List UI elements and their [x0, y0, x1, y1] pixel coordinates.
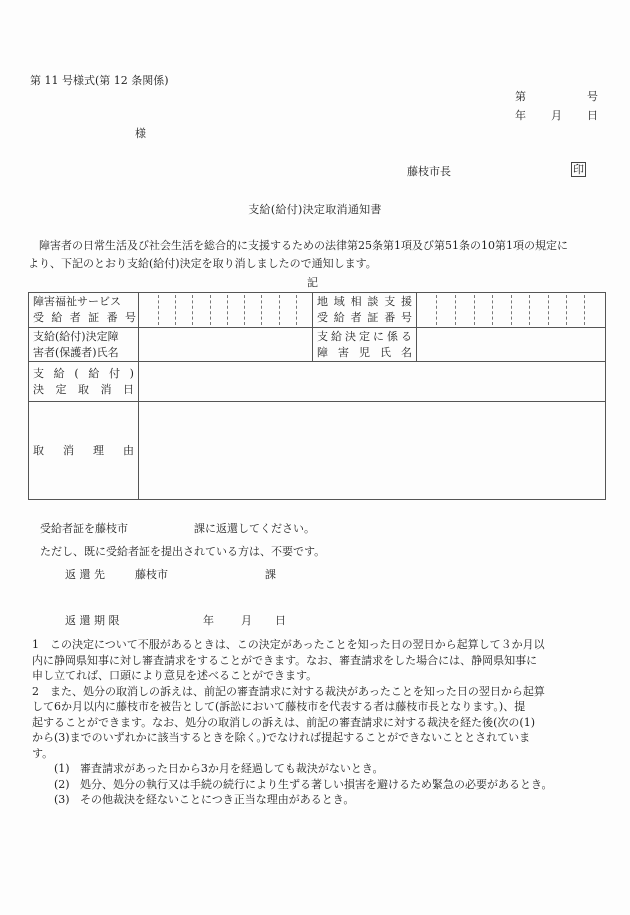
digit-divider — [529, 295, 530, 325]
recipient-name-field[interactable] — [139, 328, 313, 362]
char: 支 — [384, 294, 395, 310]
return-exemption: ただし、既に受給者証を提出されている方は、不要です。 — [40, 543, 325, 559]
date-year: 年 — [515, 107, 526, 123]
note-line: 1 この決定について不服があるときは、この決定があったことを知った日の翌日から起… — [44, 637, 612, 653]
table-row: 取消理由 — [29, 402, 606, 500]
char: ) — [130, 366, 134, 382]
char: 給 — [51, 310, 62, 326]
cancellation-reason-field[interactable] — [139, 402, 606, 500]
seal-mark: 印 — [571, 162, 586, 177]
number-suffix: 号 — [587, 88, 598, 104]
note-2: 2 また、処分の取消しの訴えは、前記の審査請求に対する裁決があったことを知った日… — [32, 684, 612, 762]
note-line: 2 また、処分の取消しの訴えは、前記の審査請求に対する裁決があったことを知った日… — [44, 684, 612, 700]
char: 給 — [331, 329, 342, 345]
note-sub-1: (1)審査請求があった日から3か月を経過しても裁決がないとき。 — [32, 761, 612, 777]
table-row: 障害福祉サービス 受給者証番号 地域相談支援 受給者証番号 — [29, 293, 606, 328]
char: 域 — [334, 294, 345, 310]
digit-divider — [584, 295, 585, 325]
digit-divider — [566, 295, 567, 325]
char: ( — [74, 366, 78, 382]
return-deadline-day: 日 — [275, 612, 286, 628]
char: 番 — [107, 310, 118, 326]
digit-divider — [436, 295, 437, 325]
char: 受 — [33, 310, 44, 326]
welfare-service-id-field[interactable] — [139, 293, 313, 328]
label-recipient-name: 支給(給付)決定障 害者(保護者)氏名 — [29, 328, 139, 362]
char: 定 — [359, 329, 370, 345]
label-line: 受給者証番号 — [33, 310, 138, 326]
community-support-id-field[interactable] — [417, 293, 606, 328]
char: 給 — [54, 366, 65, 382]
char: 由 — [123, 443, 134, 459]
digit-divider — [474, 295, 475, 325]
char: る — [401, 329, 412, 345]
char: 消 — [63, 443, 74, 459]
label-child-name: 支給決定に係る 障害児氏名 — [313, 328, 417, 362]
char: 定 — [56, 382, 67, 398]
table-row: 支給(給付)決定障 害者(保護者)氏名 支給決定に係る 障害児氏名 — [29, 328, 606, 362]
label-line: 取消理由 — [29, 443, 138, 459]
note-line: 内に静岡県知事に対し審査請求をすることができます。なお、審査請求をした場合には、… — [44, 653, 612, 669]
digit-divider — [158, 295, 159, 325]
label-line: 支給決定に係る — [313, 329, 416, 345]
char: 受 — [317, 310, 328, 326]
sub-text: 処分、処分の執行又は手続の続行により生ずる著しい損害を避けるため緊急の必要がある… — [80, 778, 553, 791]
decision-table: 障害福祉サービス 受給者証番号 地域相談支援 受給者証番号 — [28, 292, 606, 500]
label-line: 決定取消日 — [29, 382, 138, 398]
label-welfare-service-id: 障害福祉サービス 受給者証番号 — [29, 293, 139, 328]
char: 取 — [33, 443, 44, 459]
label-line: 地域相談支援 — [313, 294, 416, 310]
char: 取 — [78, 382, 89, 398]
label-line: 支給(給付)決定障 — [33, 329, 138, 345]
sub-number: (3) — [54, 792, 80, 808]
note-1: 1 この決定について不服があるときは、この決定があったことを知った日の翌日から起… — [32, 637, 612, 684]
char: 児 — [359, 345, 370, 361]
digit-divider — [210, 295, 211, 325]
label-line: 障害福祉サービス — [33, 294, 138, 310]
return-instruction-b: 課に返還してください。 — [194, 520, 315, 536]
return-deadline-label: 返 還 期 限 — [65, 612, 120, 628]
char: 消 — [101, 382, 112, 398]
label-line: 害者(保護者)氏名 — [33, 345, 138, 361]
ki-label: 記 — [307, 274, 318, 290]
return-destination-city: 藤枝市 — [135, 566, 168, 582]
intro-line-1: 障害者の日常生活及び社会生活を総合的に支援するための法律第25条第1項及び第51… — [39, 238, 619, 254]
note-line: 申し立てれば、口頭により意見を述べることができます。 — [44, 668, 612, 684]
note-line: 起することができます。なお、処分の取消しの訴えは、前記の審査請求に対する裁決を経… — [44, 715, 612, 731]
sub-number: (1) — [54, 761, 80, 777]
char: 理 — [93, 443, 104, 459]
document-title: 支給(給付)決定取消通知書 — [0, 201, 630, 217]
char: 名 — [401, 345, 412, 361]
return-deadline-year: 年 — [203, 612, 214, 628]
char: 付 — [109, 366, 120, 382]
form-id: 第 11 号様式(第 12 条関係) — [30, 72, 169, 88]
number-prefix: 第 — [515, 88, 526, 104]
char: 相 — [351, 294, 362, 310]
child-name-field[interactable] — [417, 328, 606, 362]
char: 決 — [345, 329, 356, 345]
digit-divider — [244, 295, 245, 325]
char: 害 — [338, 345, 349, 361]
label-line: 障害児氏名 — [313, 345, 416, 361]
note-line: から(3)までのいずれかに該当するときを除く。)でなければ提起することができない… — [44, 730, 612, 746]
char: 証 — [367, 310, 378, 326]
intro-line-2: より、下記のとおり支給(給付)決定を取り消しましたので通知します。 — [28, 256, 608, 272]
label-cancellation-date: 支給(給付) 決定取消日 — [29, 362, 139, 402]
char: 障 — [317, 345, 328, 361]
sub-text: その他裁決を経ないことにつき正当な理由があるとき。 — [80, 793, 354, 806]
label-cancellation-reason: 取消理由 — [29, 402, 139, 500]
char: 給 — [334, 310, 345, 326]
char: 者 — [70, 310, 81, 326]
char: 証 — [88, 310, 99, 326]
char: 者 — [351, 310, 362, 326]
note-sub-3: (3)その他裁決を経ないことにつき正当な理由があるとき。 — [32, 792, 612, 808]
note-line: す。 — [44, 746, 612, 762]
digit-divider — [261, 295, 262, 325]
digit-divider — [548, 295, 549, 325]
return-instruction-a: 受給者証を藤枝市 — [40, 520, 128, 536]
char: 支 — [33, 366, 44, 382]
label-line: 支給(給付) — [29, 366, 138, 382]
char: 談 — [367, 294, 378, 310]
note-sub-2: (2)処分、処分の執行又は手続の続行により生ずる著しい損害を避けるため緊急の必要… — [32, 777, 612, 793]
digit-divider — [192, 295, 193, 325]
return-destination-label: 返 還 先 — [65, 566, 105, 582]
digit-divider — [455, 295, 456, 325]
date-day: 日 — [587, 107, 598, 123]
table-row: 支給(給付) 決定取消日 — [29, 362, 606, 402]
char: 給 — [88, 366, 99, 382]
char: 氏 — [380, 345, 391, 361]
digit-divider — [175, 295, 176, 325]
char: 支 — [317, 329, 328, 345]
sub-text: 審査請求があった日から3か月を経過しても裁決がないとき。 — [80, 762, 383, 775]
char: 決 — [33, 382, 44, 398]
cancellation-date-field[interactable] — [139, 362, 606, 402]
digit-divider — [511, 295, 512, 325]
digit-divider — [492, 295, 493, 325]
issuer: 藤枝市長 — [407, 163, 451, 179]
char: に — [373, 329, 384, 345]
digit-divider — [296, 295, 297, 325]
return-deadline-month: 月 — [241, 612, 252, 628]
digit-divider — [279, 295, 280, 325]
char: 日 — [123, 382, 134, 398]
digit-divider — [227, 295, 228, 325]
appeal-notes: 1 この決定について不服があるときは、この決定があったことを知った日の翌日から起… — [32, 637, 612, 808]
seal-icon: 印 — [571, 162, 586, 177]
note-line: して6か月以内に藤枝市を被告として(訴訟において藤枝市を代表する者は藤枝市長とな… — [44, 699, 612, 715]
label-community-support-id: 地域相談支援 受給者証番号 — [313, 293, 417, 328]
recipient-suffix: 様 — [135, 125, 146, 141]
sub-number: (2) — [54, 777, 80, 793]
char: 号 — [401, 310, 412, 326]
return-destination-ka: 課 — [265, 566, 276, 582]
date-month: 月 — [551, 107, 562, 123]
char: 係 — [387, 329, 398, 345]
label-line: 受給者証番号 — [313, 310, 416, 326]
char: 番 — [384, 310, 395, 326]
char: 地 — [317, 294, 328, 310]
char: 号 — [125, 310, 136, 326]
char: 援 — [401, 294, 412, 310]
